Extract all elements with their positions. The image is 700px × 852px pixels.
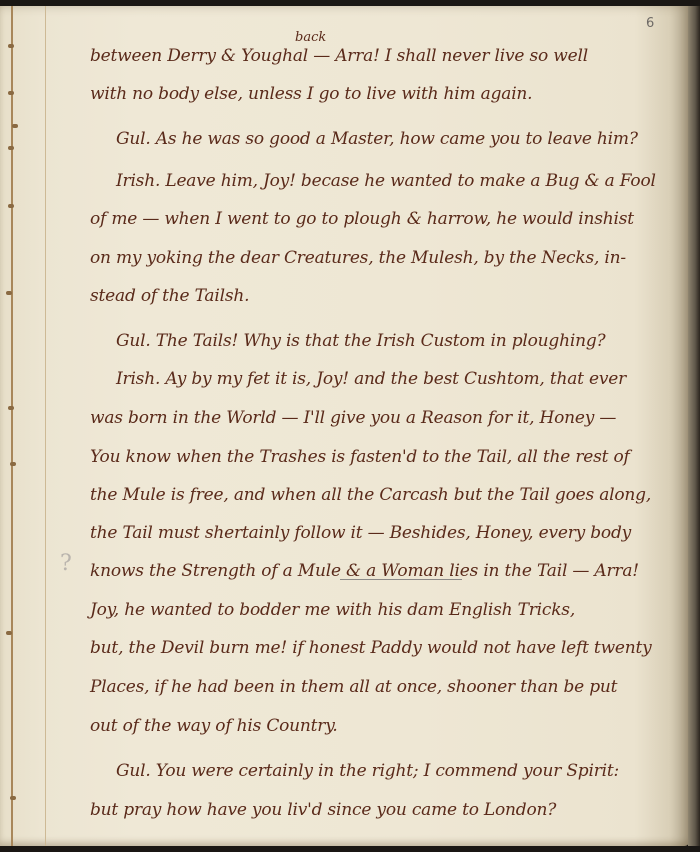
binding-stitch [6,291,12,295]
text-line: but pray how have you liv'd since you ca… [90,800,556,820]
margin-rule-line [45,6,46,846]
binding-stitch [8,44,14,48]
margin-pencil-mark: ? [60,551,72,576]
binding-stitch [8,204,14,208]
manuscript-page: 6 ? back between Derry & Youghal — Arra!… [0,6,690,846]
text-line: Places, if he had been in them all at on… [90,677,617,697]
text-line: Gul. The Tails! Why is that the Irish Cu… [116,331,605,351]
text-line: between Derry & Youghal — Arra! I shall … [90,46,588,66]
page-edge-shadow [688,6,700,846]
text-line: Irish. Ay by my fet it is, Joy! and the … [116,369,626,389]
text-line: stead of the Tailsh. [90,286,249,306]
text-line: out of the way of his Country. [90,716,338,736]
text-line: but, the Devil burn me! if honest Paddy … [90,638,652,658]
binding-stitch [8,91,14,95]
text-line: of me — when I went to go to plough & ha… [90,209,634,229]
binding-stitch [10,796,16,800]
binding-stitch [6,631,12,635]
binding-stitch [10,462,16,466]
binding-stitch [12,124,18,128]
insertion-caret-text: back [295,30,326,45]
text-line: Gul. As he was so good a Master, how cam… [116,129,638,149]
text-line: was born in the World — I'll give you a … [90,408,616,428]
text-line: Irish. Leave him, Joy! becase he wanted … [116,171,656,191]
pencil-underline [340,579,462,580]
binding-stitch [8,146,14,150]
text-line: the Tail must shertainly follow it — Bes… [90,523,631,543]
binding-fold-line [11,6,13,846]
text-line: the Mule is free, and when all the Carca… [90,485,651,505]
text-line: knows the Strength of a Mule & a Woman l… [90,561,639,581]
text-line: on my yoking the dear Creatures, the Mul… [90,248,626,268]
text-line: Gul. You were certainly in the right; I … [116,761,619,781]
text-line: Joy, he wanted to bodder me with his dam… [90,600,575,620]
binding-stitch [8,406,14,410]
text-line: You know when the Trashes is fasten'd to… [90,447,630,467]
text-line: with no body else, unless I go to live w… [90,84,532,104]
page-number: 6 [646,16,654,31]
